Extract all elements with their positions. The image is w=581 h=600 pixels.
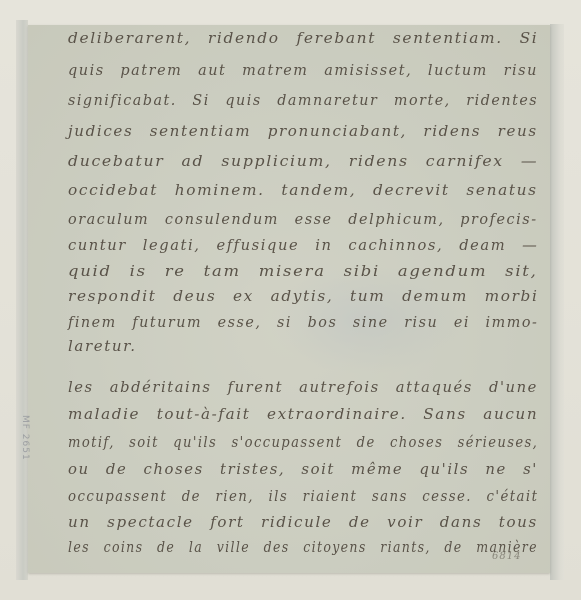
- french-line: les abdéritains furent autrefois attaqué…: [68, 378, 538, 396]
- latin-line: quis patrem aut matrem amisisset, luctum…: [68, 61, 538, 79]
- latin-line: finem futurum esse, si bos sine risu ei …: [68, 313, 538, 331]
- french-line: les coins de la ville des citoyens riant…: [68, 538, 538, 556]
- latin-line: oraculum consulendum esse delphicum, pro…: [68, 210, 538, 228]
- latin-line: deliberarent, ridendo ferebant sententia…: [68, 29, 538, 47]
- latin-line: laretur.: [68, 337, 137, 355]
- manuscript-page: deliberarent, ridendo ferebant sententia…: [28, 25, 550, 573]
- french-line: motif, soit qu'ils s'occupassent de chos…: [68, 433, 538, 451]
- latin-line: cuntur legati, effusique in cachinnos, d…: [68, 236, 538, 254]
- latin-line: respondit deus ex adytis, tum demum morb…: [68, 287, 538, 305]
- margin-annotation: MF 2651: [20, 415, 30, 461]
- folio-number: 6814: [492, 551, 521, 562]
- latin-line: ducebatur ad supplicium, ridens carnifex…: [68, 152, 538, 170]
- french-line: maladie tout-à-fait extraordinaire. Sans…: [68, 405, 538, 423]
- latin-line: quid is re tam misera sibi agendum sit,: [68, 262, 538, 280]
- latin-line: significabat. Si quis damnaretur morte, …: [68, 91, 538, 109]
- latin-line: occidebat hominem. tandem, decrevit sena…: [68, 181, 538, 199]
- french-line: occupassent de rien, ils riaient sans ce…: [68, 487, 538, 505]
- mount-edge-right: [550, 24, 564, 580]
- latin-line: judices sententiam pronunciabant, ridens…: [68, 122, 538, 140]
- mount-edge-left: [16, 20, 28, 580]
- french-line: un spectacle fort ridicule de voir dans …: [68, 513, 538, 531]
- french-line: ou de choses tristes, soit même qu'ils n…: [68, 460, 538, 478]
